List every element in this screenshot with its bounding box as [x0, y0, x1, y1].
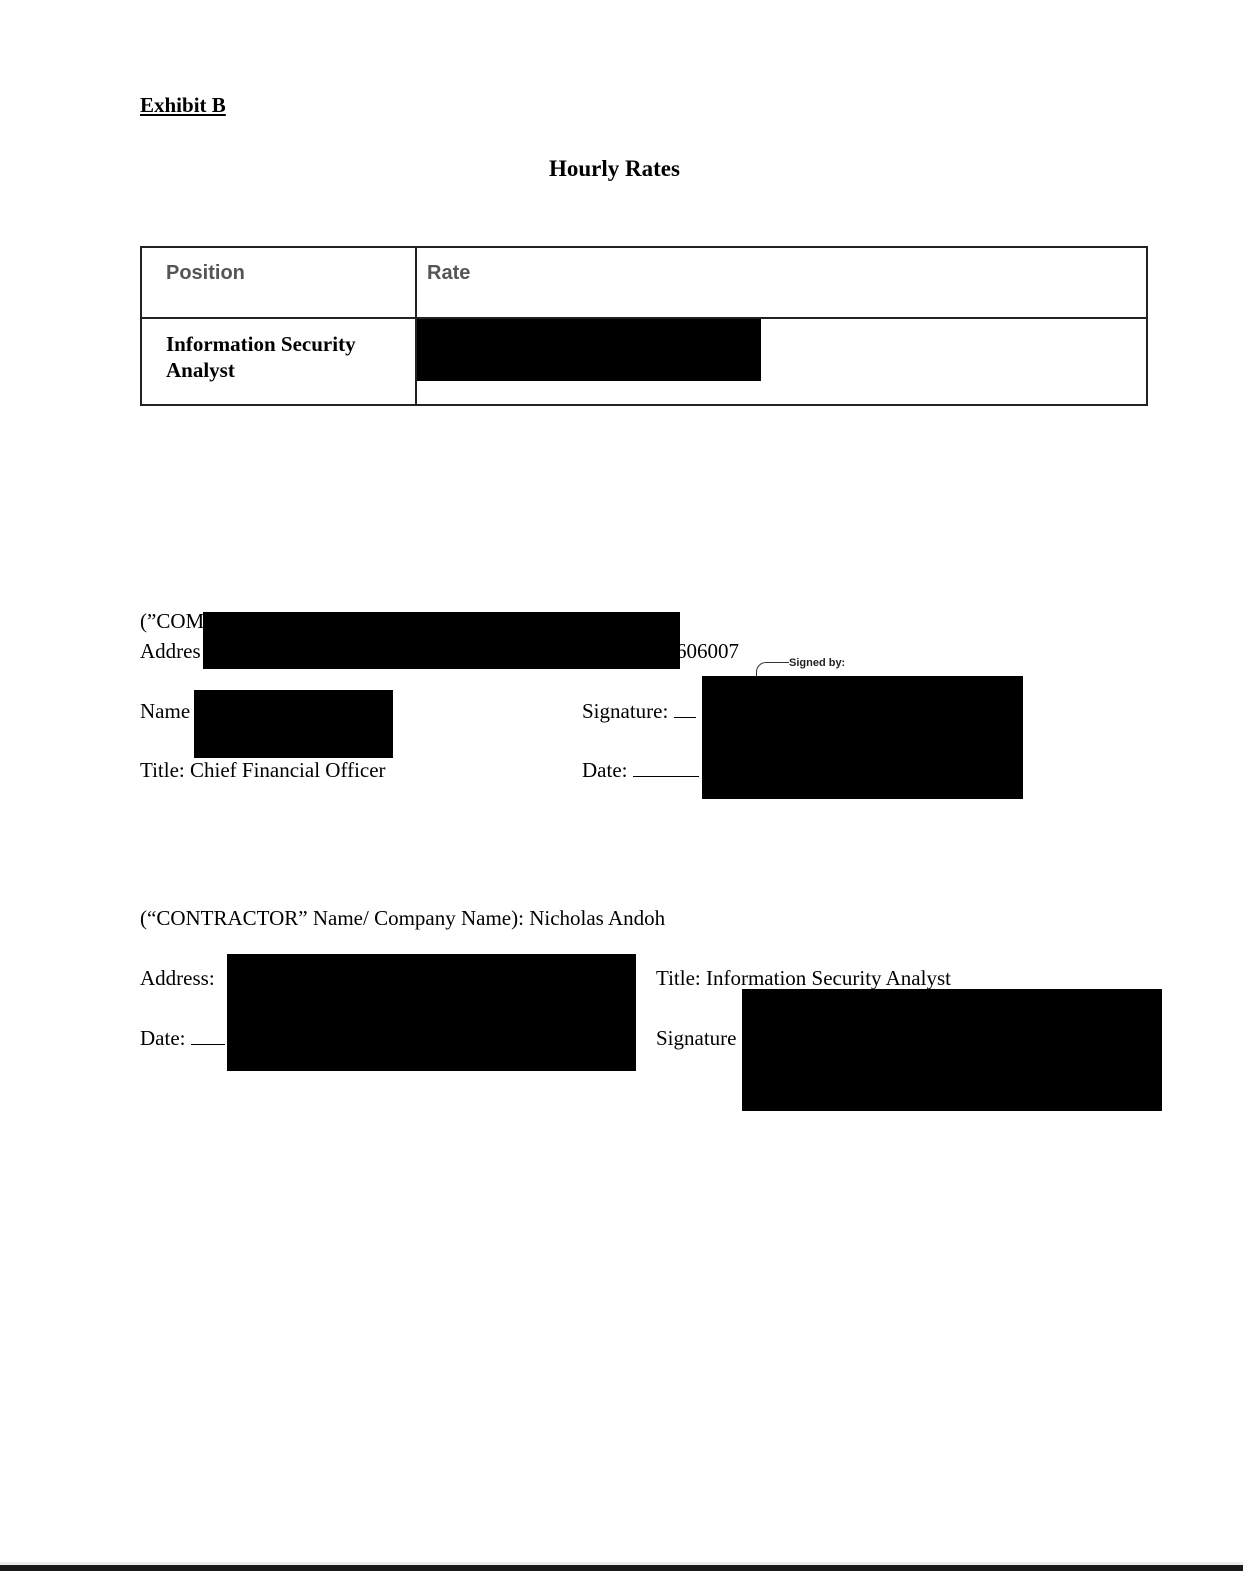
page-title: Hourly Rates [549, 156, 680, 182]
contractor-header: (“CONTRACTOR” Name/ Company Name): Nicho… [140, 906, 665, 931]
page-bottom-edge [0, 1562, 1243, 1571]
table-row: Information Security Analyst [141, 318, 1147, 405]
company-signature-label: Signature: [582, 699, 674, 723]
contractor-signature-label: Signature [656, 1026, 736, 1051]
redaction-box-contractor-address [227, 954, 636, 1071]
company-line: (”COM [140, 609, 204, 634]
exhibit-label: Exhibit B [140, 93, 226, 118]
date-line [191, 1043, 225, 1045]
redaction-box-company-name [194, 690, 393, 758]
company-date-field: Date: [582, 758, 699, 783]
company-name-label: Name [140, 699, 190, 724]
company-address-label: Addres [140, 639, 201, 664]
column-header-position: Position [141, 247, 416, 318]
signed-by-label: Signed by: [789, 657, 845, 669]
company-address-suffix: 606007 [676, 639, 739, 664]
contractor-title: Title: Information Security Analyst [656, 966, 951, 991]
company-date-label: Date: [582, 758, 633, 782]
redaction-box-company-signature [702, 676, 1023, 799]
redaction-box-company-address [203, 612, 680, 669]
contractor-date-label: Date: [140, 1026, 191, 1050]
position-value: Information Security Analyst [166, 331, 386, 383]
rate-cell [416, 318, 1147, 405]
column-header-rate: Rate [416, 247, 1147, 318]
redaction-box-contractor-signature [742, 989, 1162, 1111]
contractor-address-label: Address: [140, 966, 215, 991]
table-header-row: Position Rate [141, 247, 1147, 318]
signature-line [674, 716, 696, 718]
signed-by-bracket-icon [756, 662, 789, 677]
company-signature-field: Signature: [582, 699, 696, 724]
position-cell: Information Security Analyst [141, 318, 416, 405]
hourly-rates-table: Position Rate Information Security Analy… [140, 246, 1148, 406]
redaction-box-rate [417, 319, 761, 381]
date-line [633, 775, 699, 777]
company-title: Title: Chief Financial Officer [140, 758, 386, 783]
contractor-date-field: Date: [140, 1026, 225, 1051]
